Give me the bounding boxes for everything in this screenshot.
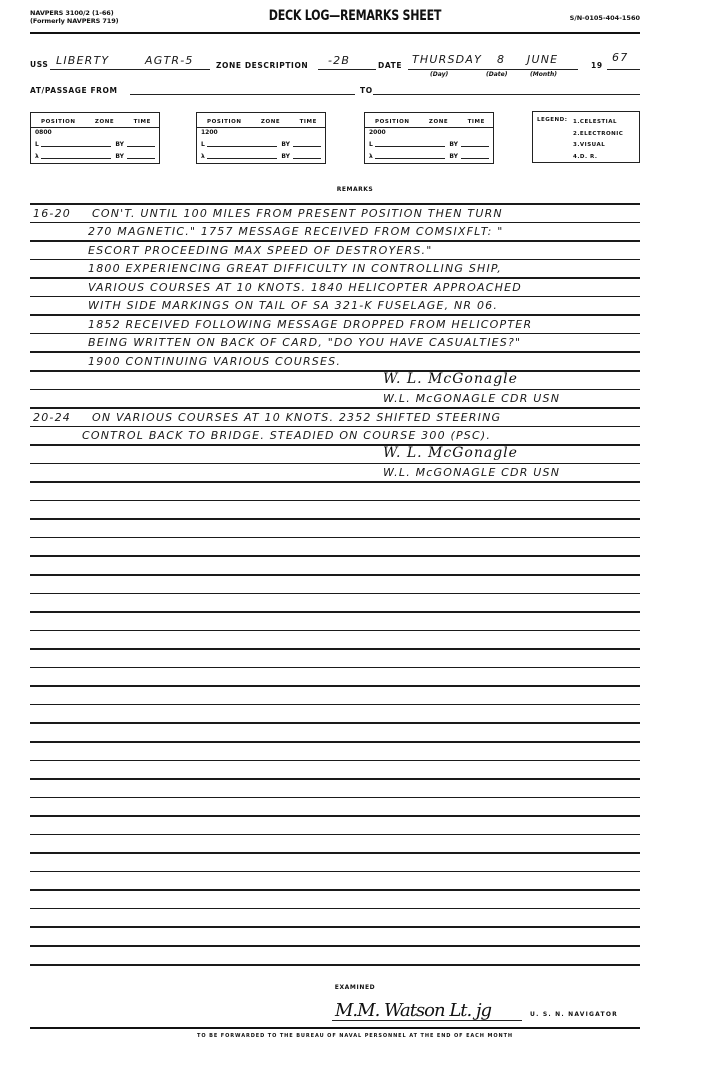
- remarks-text: 1852 RECEIVED FOLLOWING MESSAGE DROPPED …: [88, 318, 532, 331]
- remarks-line[interactable]: W.L. McGONAGLE CDR USN: [30, 463, 640, 481]
- navigator-signature: M.M. Watson Lt. jg: [335, 1000, 491, 1021]
- to-label: TO: [360, 86, 373, 95]
- watch-time: 16-20: [33, 207, 71, 220]
- position-box-1200: POSITION ZONE TIME 1200 LBY λBY: [196, 112, 326, 164]
- position-box-header: POSITION ZONE TIME: [31, 113, 159, 128]
- ruled-line: [30, 797, 640, 799]
- ruled-line: [30, 630, 640, 632]
- ruled-line: [30, 667, 640, 669]
- stock-number: S/N-0105-404-1560: [570, 14, 640, 22]
- remarks-line[interactable]: 16-20CON'T. UNTIL 100 MILES FROM PRESENT…: [30, 204, 640, 222]
- ruled-line: [30, 760, 640, 762]
- footer-instruction: TO BE FORWARDED TO THE BUREAU OF NAVAL P…: [0, 1033, 710, 1039]
- day-field[interactable]: THURSDAY: [412, 53, 482, 66]
- remarks-text: WITH SIDE MARKINGS ON TAIL OF SA 321-K F…: [88, 299, 498, 312]
- remarks-text: 1800 EXPERIENCING GREAT DIFFICULTY IN CO…: [88, 262, 502, 275]
- remarks-line[interactable]: 1900 CONTINUING VARIOUS COURSES.: [30, 352, 640, 370]
- passage-label: AT/PASSAGE FROM: [30, 86, 118, 95]
- header-divider: [30, 32, 640, 34]
- by-label: BY: [449, 153, 458, 160]
- remarks-text: 1900 CONTINUING VARIOUS COURSES.: [88, 355, 341, 368]
- watch-time: 20-24: [33, 411, 71, 424]
- longitude-by-field[interactable]: [461, 158, 489, 159]
- longitude-by-field[interactable]: [127, 158, 155, 159]
- latitude-by-field[interactable]: [127, 146, 155, 147]
- latitude-by-field[interactable]: [293, 146, 321, 147]
- ruled-line: [30, 964, 640, 966]
- longitude-row[interactable]: λBY: [197, 149, 325, 161]
- remarks-line[interactable]: 20-24ON VARIOUS COURSES AT 10 KNOTS. 235…: [30, 408, 640, 426]
- latitude-row[interactable]: LBY: [31, 137, 159, 149]
- longitude-row[interactable]: λBY: [365, 149, 493, 161]
- remarks-line[interactable]: ESCORT PROCEEDING MAX SPEED OF DESTROYER…: [30, 241, 640, 259]
- longitude-symbol: λ: [35, 153, 39, 160]
- remarks-line[interactable]: W. L. McGonagle: [30, 445, 640, 463]
- ruled-line: [30, 741, 640, 743]
- remarks-text: 270 MAGNETIC." 1757 MESSAGE RECEIVED FRO…: [88, 225, 504, 238]
- ruled-line: [30, 945, 640, 947]
- remarks-line[interactable]: W. L. McGonagle: [30, 371, 640, 389]
- remarks-text: CONTROL BACK TO BRIDGE. STEADIED ON COUR…: [82, 429, 491, 442]
- legend-label: LEGEND:: [537, 117, 567, 123]
- date-field-line: [408, 69, 578, 70]
- officer-signature: W. L. McGonagle: [383, 445, 518, 461]
- remarks-text: BEING WRITTEN ON BACK OF CARD, "DO YOU H…: [88, 336, 521, 349]
- hull-number-field[interactable]: AGTR-5: [145, 54, 194, 67]
- footer-divider: [30, 1027, 640, 1029]
- longitude-symbol: λ: [201, 153, 205, 160]
- year-field-line: [607, 69, 640, 70]
- ruled-line: [30, 908, 640, 910]
- longitude-field[interactable]: [207, 158, 278, 159]
- passage-from-field[interactable]: [130, 94, 355, 95]
- remarks-line[interactable]: VARIOUS COURSES AT 10 KNOTS. 1840 HELICO…: [30, 278, 640, 296]
- latitude-symbol: L: [369, 141, 373, 148]
- ruled-line: [30, 648, 640, 650]
- zone-field-line: [318, 69, 376, 70]
- remarks-text: W.L. McGONAGLE CDR USN: [383, 392, 560, 405]
- col-time: TIME: [134, 119, 151, 125]
- position-time: 0800: [31, 128, 159, 137]
- date-caption: (Date): [486, 71, 507, 78]
- remarks-text: W.L. McGONAGLE CDR USN: [383, 466, 560, 479]
- legend-item: 1.CELESTIAL: [573, 117, 623, 129]
- legend-items: 1.CELESTIAL 2.ELECTRONIC 3.VISUAL 4.D. R…: [573, 117, 623, 163]
- navigator-signature-line: [332, 1020, 522, 1021]
- remarks-line[interactable]: CONTROL BACK TO BRIDGE. STEADIED ON COUR…: [30, 426, 640, 444]
- remarks-line[interactable]: W.L. McGONAGLE CDR USN: [30, 389, 640, 407]
- ruled-line: [30, 926, 640, 928]
- latitude-field[interactable]: [41, 146, 112, 147]
- uss-label: USS: [30, 60, 48, 69]
- zone-label: ZONE DESCRIPTION: [216, 61, 308, 70]
- ship-name-field[interactable]: LIBERTY: [56, 54, 109, 67]
- officer-signature: W. L. McGonagle: [383, 371, 518, 387]
- ruled-line: [30, 518, 640, 520]
- ship-field-line: [50, 69, 210, 70]
- remarks-text: ON VARIOUS COURSES AT 10 KNOTS. 2352 SHI…: [92, 411, 501, 424]
- col-zone: ZONE: [261, 119, 280, 125]
- latitude-row[interactable]: LBY: [197, 137, 325, 149]
- legend-item: 2.ELECTRONIC: [573, 129, 623, 141]
- col-position: POSITION: [41, 119, 76, 125]
- ruled-line: [30, 555, 640, 557]
- remarks-line[interactable]: 270 MAGNETIC." 1757 MESSAGE RECEIVED FRO…: [30, 222, 640, 240]
- ruled-line: [30, 889, 640, 891]
- ruled-line: [30, 481, 640, 483]
- year-prefix: 19: [591, 61, 603, 70]
- position-box-2000: POSITION ZONE TIME 2000 LBY λBY: [364, 112, 494, 164]
- position-box-header: POSITION ZONE TIME: [365, 113, 493, 128]
- col-position: POSITION: [207, 119, 242, 125]
- navigator-title: U. S. N. NAVIGATOR: [530, 1011, 618, 1018]
- latitude-field[interactable]: [375, 146, 446, 147]
- date-label: DATE: [378, 61, 402, 70]
- legend-item: 3.VISUAL: [573, 140, 623, 152]
- ruled-line: [30, 834, 640, 836]
- ruled-line: [30, 815, 640, 817]
- remarks-text: ESCORT PROCEEDING MAX SPEED OF DESTROYER…: [88, 244, 433, 257]
- remarks-text: CON'T. UNTIL 100 MILES FROM PRESENT POSI…: [92, 207, 503, 220]
- ruled-line: [30, 611, 640, 613]
- month-caption: (Month): [530, 71, 557, 78]
- ruled-line: [30, 852, 640, 854]
- longitude-by-field[interactable]: [293, 158, 321, 159]
- zone-field[interactable]: -2B: [328, 54, 350, 67]
- month-field[interactable]: JUNE: [527, 53, 558, 66]
- date-field[interactable]: 8: [497, 53, 505, 66]
- examined-label: EXAMINED: [0, 984, 710, 991]
- remarks-line[interactable]: 1852 RECEIVED FOLLOWING MESSAGE DROPPED …: [30, 315, 640, 333]
- ruled-line: [30, 537, 640, 539]
- day-caption: (Day): [430, 71, 448, 78]
- longitude-row[interactable]: λBY: [31, 149, 159, 161]
- by-label: BY: [115, 141, 124, 148]
- latitude-row[interactable]: LBY: [365, 137, 493, 149]
- year-field[interactable]: 67: [612, 51, 628, 64]
- ruled-line: [30, 574, 640, 576]
- ruled-line: [30, 685, 640, 687]
- ruled-line: [30, 500, 640, 502]
- ruled-line: [30, 593, 640, 595]
- by-label: BY: [115, 153, 124, 160]
- latitude-field[interactable]: [207, 146, 278, 147]
- legend-box: LEGEND: 1.CELESTIAL 2.ELECTRONIC 3.VISUA…: [532, 111, 640, 163]
- by-label: BY: [281, 141, 290, 148]
- position-time: 1200: [197, 128, 325, 137]
- ruled-line: [30, 871, 640, 873]
- col-time: TIME: [300, 119, 317, 125]
- ruled-line: [30, 722, 640, 724]
- col-time: TIME: [468, 119, 485, 125]
- col-zone: ZONE: [95, 119, 114, 125]
- by-label: BY: [281, 153, 290, 160]
- passage-to-field[interactable]: [373, 94, 640, 95]
- col-zone: ZONE: [429, 119, 448, 125]
- ruled-line: [30, 704, 640, 706]
- position-box-header: POSITION ZONE TIME: [197, 113, 325, 128]
- remarks-text: VARIOUS COURSES AT 10 KNOTS. 1840 HELICO…: [88, 281, 522, 294]
- latitude-symbol: L: [35, 141, 39, 148]
- ruled-line: [30, 778, 640, 780]
- remarks-line[interactable]: WITH SIDE MARKINGS ON TAIL OF SA 321-K F…: [30, 296, 640, 314]
- position-box-0800: POSITION ZONE TIME 0800 LBY λBY: [30, 112, 160, 164]
- legend-item: 4.D. R.: [573, 152, 623, 164]
- remarks-line[interactable]: BEING WRITTEN ON BACK OF CARD, "DO YOU H…: [30, 333, 640, 351]
- longitude-symbol: λ: [369, 153, 373, 160]
- col-position: POSITION: [375, 119, 410, 125]
- longitude-field[interactable]: [375, 158, 446, 159]
- by-label: BY: [449, 141, 458, 148]
- remarks-title: REMARKS: [0, 186, 710, 193]
- latitude-by-field[interactable]: [461, 146, 489, 147]
- remarks-line[interactable]: 1800 EXPERIENCING GREAT DIFFICULTY IN CO…: [30, 259, 640, 277]
- latitude-symbol: L: [201, 141, 205, 148]
- position-time: 2000: [365, 128, 493, 137]
- longitude-field[interactable]: [41, 158, 112, 159]
